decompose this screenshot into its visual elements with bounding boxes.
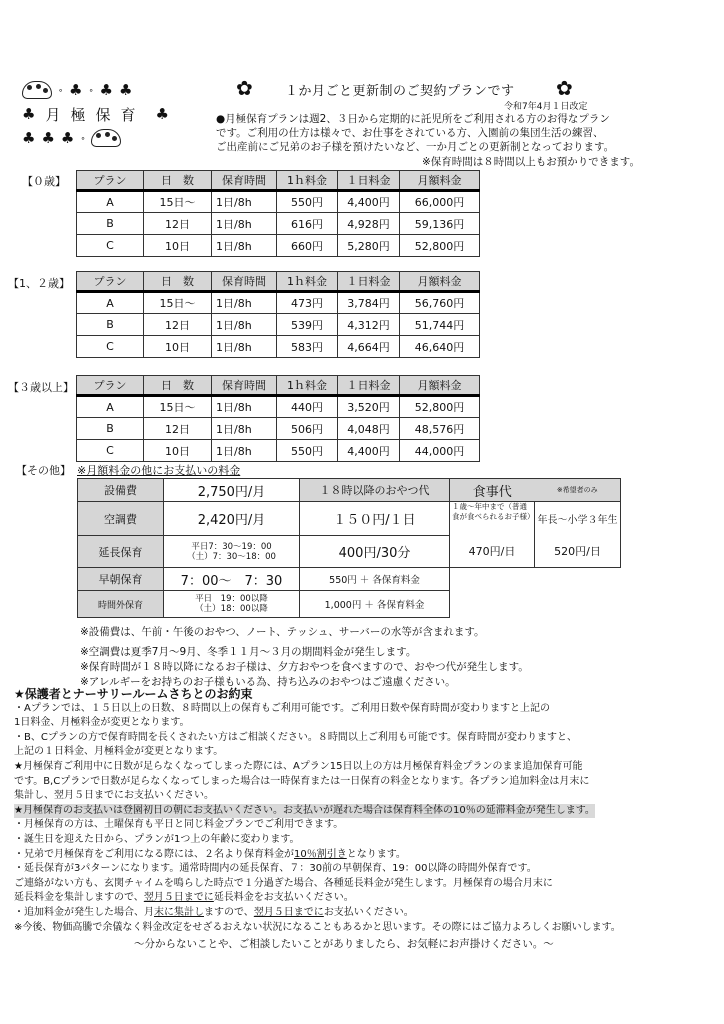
cell-hours: 1日/8h xyxy=(212,292,277,314)
cell-hours: 1日/8h xyxy=(212,418,277,440)
cell-hourly: 550円 xyxy=(277,191,338,213)
promise-line: ・B、Cプランの方で保育時間を長くされたい方はご相談ください。８時間以上ご利用も… xyxy=(14,731,714,746)
promise-line: ・追加料金が発生した場合、月末に集計しますので、翌月５日までにお支払いください。 xyxy=(14,906,714,921)
cell-hourly: 616円 xyxy=(277,213,338,235)
cell-monthly: 48,576円 xyxy=(400,418,480,440)
promise-line: です。B,Cプランで日数が足らなくなってしまった場合は一時保育または一日保育の料… xyxy=(14,775,714,790)
cell-daily: 4,400円 xyxy=(338,440,400,462)
col-header: 保育時間 xyxy=(212,272,277,292)
logo: ∘ ♣ ∘ ♣ ♣ ♣ 月極保育 ♣ ♣ ♣ ♣ ∘ xyxy=(22,78,198,150)
meal-col2-desc: 年長〜小学３年生 xyxy=(535,502,621,536)
col-header: １日料金 xyxy=(338,171,400,191)
intro-line: ご出産前にご兄弟のお子様を預けたいなど、一か月ごとの更新制となっております。 xyxy=(216,140,614,154)
cell-hourly: 550円 xyxy=(277,440,338,462)
promise-line: 集計し、翌月５日までにお支払いください。 xyxy=(14,789,714,804)
cell-daily: 5,280円 xyxy=(338,235,400,257)
extended-time-saturday: （土）7：30〜18：00 xyxy=(166,552,297,562)
col-header: 1ｈ料金 xyxy=(277,272,338,292)
ac-value: 2,420円/月 xyxy=(164,502,300,536)
col-header: １日料金 xyxy=(338,376,400,396)
logo-title: 月極保育 xyxy=(45,104,145,125)
cell-plan: A xyxy=(77,396,144,418)
after-hours-time: 平日 19：00以降 （土）18：00以降 xyxy=(164,591,300,618)
promise-line: ・Aプランでは、１５日以上の日数、８時間以上の保育もご利用可能です。ご利用日数や… xyxy=(14,702,714,717)
cell-hours: 1日/8h xyxy=(212,314,277,336)
cell-hours: 1日/8h xyxy=(212,336,277,358)
ac-label: 空調費 xyxy=(78,502,164,536)
cell-monthly: 52,800円 xyxy=(400,235,480,257)
extended-time-weekday: 平日7：30〜19：00 xyxy=(166,542,297,552)
clover-icon: ♣ xyxy=(155,107,168,122)
promise-section: ★保護者とナーサリールームさちとのお約束 ・Aプランでは、１５日以上の日数、８時… xyxy=(14,687,714,935)
other-fees-table: 設備費 2,750円/月 １８時以降のおやつ代 食事代 ※希望者のみ 空調費 2… xyxy=(77,478,621,618)
cell-plan: C xyxy=(77,235,144,257)
cell-monthly: 51,744円 xyxy=(400,314,480,336)
col-header: 1ｈ料金 xyxy=(277,171,338,191)
table-header-row: プラン 日 数 保育時間 1ｈ料金 １日料金 月額料金 xyxy=(77,272,480,292)
intro-line: ●月極保育プランは週2、３日から定期的に託児所をご利用される方のお得なプラン xyxy=(216,112,614,126)
cell-hourly: 440円 xyxy=(277,396,338,418)
table-row: 空調費 2,420円/月 １５０円/１日 １歳〜年中まで（普通食が食べられるお子… xyxy=(78,502,621,536)
clover-icon: ♣ xyxy=(119,83,132,98)
extended-label: 延長保育 xyxy=(78,536,164,568)
table-row: B 12日 1日/8h 506円 4,048円 48,576円 xyxy=(77,418,480,440)
col-header: 1ｈ料金 xyxy=(277,376,338,396)
note-line: ※保育時間が１８時以降になるお子様は、夕方おやつを食べますので、おやつ代が発生し… xyxy=(80,660,529,675)
table-row: C 10日 1日/8h 583円 4,664円 46,640円 xyxy=(77,336,480,358)
promise-line: ・誕生日を迎えた日から、プランが1つ上の年齢に変わります。 xyxy=(14,833,714,848)
cell-days: 12日 xyxy=(144,314,212,336)
cell-monthly: 52,800円 xyxy=(400,396,480,418)
table-row: 設備費 2,750円/月 １８時以降のおやつ代 食事代 ※希望者のみ xyxy=(78,479,621,502)
cell-days: 12日 xyxy=(144,418,212,440)
clover-icon: ♣ xyxy=(61,131,74,146)
cell-monthly: 66,000円 xyxy=(400,191,480,213)
clover-icon: ♣ xyxy=(99,83,112,98)
note-line: ※設備費は、午前・午後のおやつ、ノート、テッシュ、サーバーの水等が含まれます。 xyxy=(80,625,529,640)
promise-line: 延長料金を集計しますので、翌月５日までに延長料金をお支払いください。 xyxy=(14,891,714,906)
cell-hourly: 539円 xyxy=(277,314,338,336)
table-header-row: プラン 日 数 保育時間 1ｈ料金 １日料金 月額料金 xyxy=(77,376,480,396)
cell-hours: 1日/8h xyxy=(212,440,277,462)
text-segment: ・追加料金が発生した場合、月 xyxy=(14,907,154,918)
flower-icon: ✿ xyxy=(236,78,253,98)
clover-icon: ♣ xyxy=(41,131,54,146)
cell-days: 10日 xyxy=(144,440,212,462)
cell-daily: 4,048円 xyxy=(338,418,400,440)
clover-icon: ♣ xyxy=(22,107,35,122)
text-segment: お支払いください。 xyxy=(324,907,414,918)
cell-daily: 3,520円 xyxy=(338,396,400,418)
text-segment: ・兄弟で月極保育をご利用になる際には、２名より保育料金が xyxy=(14,849,294,860)
plan-table-age-1-2: プラン 日 数 保育時間 1ｈ料金 １日料金 月額料金 A 15日〜 1日/8h… xyxy=(76,271,480,358)
promise-line: 1日料金、月極料金が変更となります。 xyxy=(14,716,714,731)
table-row: B 12日 1日/8h 616円 4,928円 59,136円 xyxy=(77,213,480,235)
col-header: 月額料金 xyxy=(400,171,480,191)
page-title: １か月ごと更新制のご契約プランです xyxy=(285,80,515,99)
promise-line: ※今後、物価高騰で余儀なく料金改定をせざるおえない状況になることもあるかと思いま… xyxy=(14,921,714,936)
cell-monthly: 46,640円 xyxy=(400,336,480,358)
flower-icon: ✿ xyxy=(556,78,573,98)
age-label-1-2: 【1、２歳】 xyxy=(8,275,70,291)
cell-hourly: 506円 xyxy=(277,418,338,440)
dot-icon: ∘ xyxy=(80,134,85,143)
other-note: ※月額料金の他にお支払いの料金 xyxy=(77,462,240,478)
after-hours-label: 時間外保育 xyxy=(78,591,164,618)
cell-plan: A xyxy=(77,191,144,213)
empty-cell xyxy=(450,591,621,618)
cell-plan: B xyxy=(77,418,144,440)
payment-highlight: ★月極保育のお支払いは登園初日の朝にお支払いください。お支払いが遅れた場合は保育… xyxy=(14,804,595,819)
plan-table-age-3-plus: プラン 日 数 保育時間 1ｈ料金 １日料金 月額料金 A 15日〜 1日/8h… xyxy=(76,375,480,462)
cell-plan: C xyxy=(77,336,144,358)
deadline-underlined: 翌月５日までに xyxy=(144,892,214,903)
col-header: 日 数 xyxy=(144,376,212,396)
age-label-0: 【０歳】 xyxy=(22,173,66,189)
cell-hours: 1日/8h xyxy=(212,191,277,213)
col-header: 日 数 xyxy=(144,272,212,292)
promise-line: ・月極保育の方は、土曜保育も平日と同じ料金プランでご利用できます。 xyxy=(14,818,714,833)
plan-table-age-0: プラン 日 数 保育時間 1ｈ料金 １日料金 月額料金 A 15日〜 1日/8h… xyxy=(76,170,480,257)
promise-line: ご連絡がない方も、玄関チャイムを鳴らした時点で１分過ぎた場合、各種延長料金が発生… xyxy=(14,877,714,892)
promise-line: ★月極保育ご利用中に日数が足らなくなってしまった際には、Aプラン15日以上の方は… xyxy=(14,760,714,775)
revised-date: 令和7年4月１日改定 xyxy=(504,99,587,112)
cell-monthly: 56,760円 xyxy=(400,292,480,314)
col-header: １日料金 xyxy=(338,272,400,292)
cell-daily: 4,400円 xyxy=(338,191,400,213)
cell-hours: 1日/8h xyxy=(212,213,277,235)
col-header: 月額料金 xyxy=(400,376,480,396)
after-time-weekday: 平日 19：00以降 xyxy=(166,594,297,604)
clover-icon: ♣ xyxy=(69,83,82,98)
meal-header: 食事代 xyxy=(450,479,535,502)
col-header: 月額料金 xyxy=(400,272,480,292)
text-segment: ますので、 xyxy=(204,907,254,918)
col-header: 保育時間 xyxy=(212,376,277,396)
age-label-3-plus: 【３歳以上】 xyxy=(8,379,74,395)
cell-hourly: 583円 xyxy=(277,336,338,358)
text-segment: 延長料金を集計しますので、 xyxy=(14,892,144,903)
other-label: 【その他】 xyxy=(16,462,71,478)
cell-plan: B xyxy=(77,314,144,336)
cell-daily: 4,312円 xyxy=(338,314,400,336)
cell-plan: A xyxy=(77,292,144,314)
cell-days: 15日〜 xyxy=(144,191,212,213)
meal-col2-fee: 520円/日 xyxy=(535,536,621,568)
ladybug-icon xyxy=(91,129,121,147)
cell-days: 10日 xyxy=(144,336,212,358)
intro-text: ●月極保育プランは週2、３日から定期的に託児所をご利用される方のお得なプラン で… xyxy=(216,112,614,154)
equipment-label: 設備費 xyxy=(78,479,164,502)
cell-monthly: 59,136円 xyxy=(400,213,480,235)
deadline-underlined: 翌月５日までに xyxy=(254,907,324,918)
cell-hours: 1日/8h xyxy=(212,235,277,257)
cell-hours: 1日/8h xyxy=(212,396,277,418)
promise-line: ・兄弟で月極保育をご利用になる際には、２名より保育料金が10％割引きとなります。 xyxy=(14,848,714,863)
dot-icon: ∘ xyxy=(88,86,93,95)
cell-hourly: 660円 xyxy=(277,235,338,257)
snack-value: １５０円/１日 xyxy=(300,502,450,536)
promise-line: 上記の１日料金、月極料金が変更となります。 xyxy=(14,745,714,760)
text-segment: 延長料金をお支払いください。 xyxy=(214,892,354,903)
table-row: A 15日〜 1日/8h 550円 4,400円 66,000円 xyxy=(77,191,480,213)
cell-days: 15日〜 xyxy=(144,396,212,418)
cell-daily: 3,784円 xyxy=(338,292,400,314)
table-row: C 10日 1日/8h 550円 4,400円 44,000円 xyxy=(77,440,480,462)
ladybug-icon xyxy=(22,81,52,99)
clover-icon: ♣ xyxy=(22,131,35,146)
col-header: 日 数 xyxy=(144,171,212,191)
early-label: 早朝保育 xyxy=(78,568,164,591)
table-row: A 15日〜 1日/8h 440円 3,520円 52,800円 xyxy=(77,396,480,418)
text-segment: となります。 xyxy=(347,849,406,860)
month-end-underlined: 末に集計し xyxy=(154,907,204,918)
table-row: A 15日〜 1日/8h 473円 3,784円 56,760円 xyxy=(77,292,480,314)
extended-time: 平日7：30〜19：00 （土）7：30〜18：00 xyxy=(164,536,300,568)
cell-plan: C xyxy=(77,440,144,462)
table-row: 時間外保育 平日 19：00以降 （土）18：00以降 1,000円 ＋ 各保育… xyxy=(78,591,621,618)
col-header: プラン xyxy=(77,376,144,396)
cell-hourly: 473円 xyxy=(277,292,338,314)
intro-line: です。ご利用の仕方は様々で、お仕事をされている方、入園前の集団生活の練習、 xyxy=(216,126,614,140)
fee-notes: ※設備費は、午前・午後のおやつ、ノート、テッシュ、サーバーの水等が含まれます。 … xyxy=(80,625,529,690)
cell-days: 15日〜 xyxy=(144,292,212,314)
after-hours-fee: 1,000円 ＋ 各保育料金 xyxy=(300,591,450,618)
cell-plan: B xyxy=(77,213,144,235)
meal-note: ※希望者のみ xyxy=(535,479,621,502)
early-fee: 550円 ＋ 各保育料金 xyxy=(300,568,450,591)
after-time-saturday: （土）18：00以降 xyxy=(166,604,297,614)
empty-cell xyxy=(450,568,621,591)
table-row: B 12日 1日/8h 539円 4,312円 51,744円 xyxy=(77,314,480,336)
table-row: 延長保育 平日7：30〜19：00 （土）7：30〜18：00 400円/30分… xyxy=(78,536,621,568)
col-header: 保育時間 xyxy=(212,171,277,191)
promise-line: ・延長保育が3パターンになります。通常時間内の延長保育、７：30前の早朝保育、1… xyxy=(14,862,714,877)
table-row: C 10日 1日/8h 660円 5,280円 52,800円 xyxy=(77,235,480,257)
extended-fee: 400円/30分 xyxy=(300,536,450,568)
cell-monthly: 44,000円 xyxy=(400,440,480,462)
dot-icon: ∘ xyxy=(58,86,63,95)
cell-daily: 4,664円 xyxy=(338,336,400,358)
cell-days: 12日 xyxy=(144,213,212,235)
promise-heading: ★保護者とナーサリールームさちとのお約束 xyxy=(14,687,714,702)
meal-col1-fee: 470円/日 xyxy=(450,536,535,568)
note-line: ※空調費は夏季7月〜9月、冬季１１月〜３月の期間料金が発生します。 xyxy=(80,645,529,660)
snack-header: １８時以降のおやつ代 xyxy=(300,479,450,502)
meal-col1-desc: １歳〜年中まで（普通食が食べられるお子様） xyxy=(450,502,535,536)
cell-daily: 4,928円 xyxy=(338,213,400,235)
col-header: プラン xyxy=(77,171,144,191)
intro-note: ※保育時間は８時間以上もお預かりできます。 xyxy=(422,154,640,169)
discount-underlined: 10％割引き xyxy=(294,849,347,860)
footer-message: 〜分からないことや、ご相談したいことがありましたら、お気軽にお声掛けください。〜 xyxy=(134,936,554,951)
table-row: 早朝保育 7：00〜 7：30 550円 ＋ 各保育料金 xyxy=(78,568,621,591)
early-time: 7：00〜 7：30 xyxy=(164,568,300,591)
equipment-value: 2,750円/月 xyxy=(164,479,300,502)
table-header-row: プラン 日 数 保育時間 1ｈ料金 １日料金 月額料金 xyxy=(77,171,480,191)
col-header: プラン xyxy=(77,272,144,292)
cell-days: 10日 xyxy=(144,235,212,257)
